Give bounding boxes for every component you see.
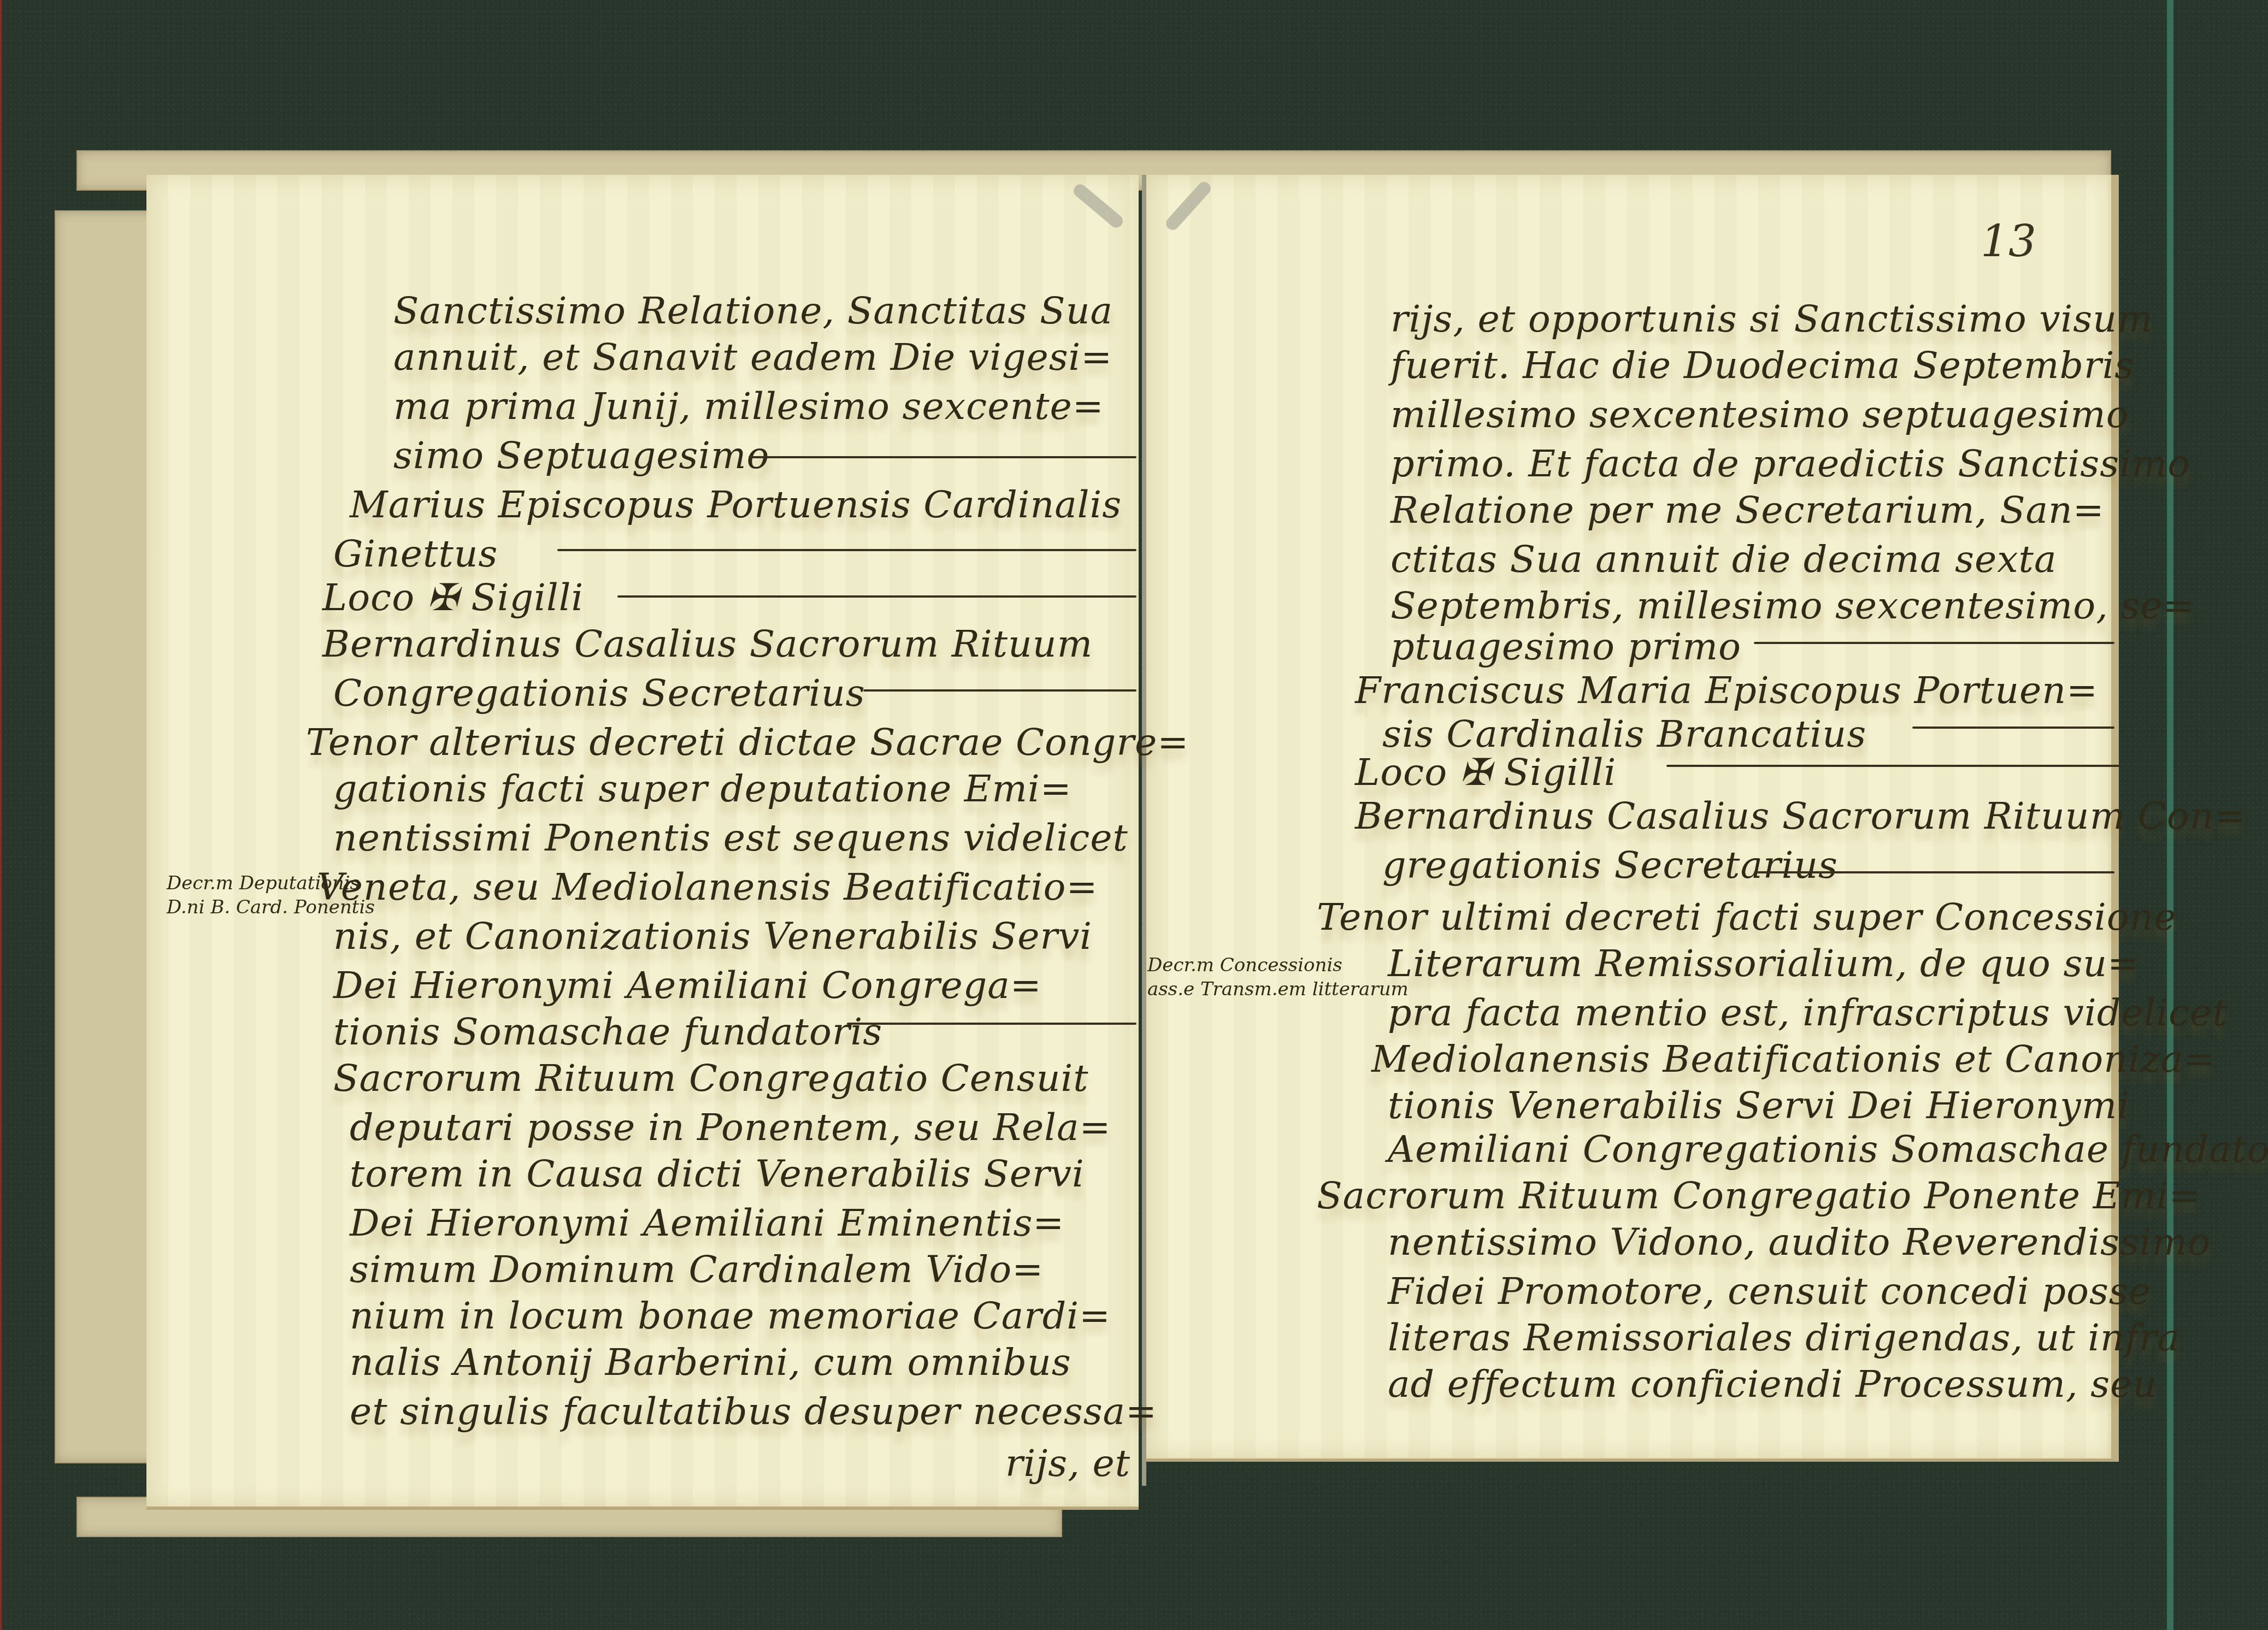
page-gutter (1142, 175, 1146, 1486)
right-rule-3 (1666, 765, 2120, 767)
left-line-24: et singulis facultatibus desuper necessa… (350, 1390, 1157, 1433)
left-line-12: nentissimi Ponentis est sequens videlice… (333, 817, 1128, 860)
left-margin-note: Decr.m Deputationis D.ni B. Card. Ponent… (167, 871, 375, 919)
right-line-6: ctitas Sua annuit die decima sexta (1391, 538, 2057, 581)
folio-number: 13 (1981, 216, 2036, 267)
left-line-19: torem in Causa dicti Venerabilis Servi (350, 1153, 1085, 1196)
left-margin-note-line-2: D.ni B. Card. Ponentis (167, 895, 375, 919)
right-rule-2 (1912, 727, 2114, 729)
right-line-21: nentissimo Vidono, audito Reverendissimo (1388, 1221, 2211, 1264)
right-rule-4 (1754, 871, 2114, 873)
left-line-23: nalis Antonij Barberini, cum omnibus (350, 1341, 1071, 1384)
right-line-15: Literarum Remissorialium, de quo su= (1388, 942, 2139, 985)
left-rule-4 (863, 689, 1136, 692)
right-line-1: rijs, et opportunis si Sanctissimo visum (1391, 298, 2153, 341)
right-line-14: Tenor ultimi decreti facti super Concess… (1317, 896, 2177, 939)
right-line-18: tionis Venerabilis Servi Dei Hieronymi (1388, 1084, 2130, 1127)
right-line-20: Sacrorum Rituum Congregatio Ponente Emi= (1317, 1174, 2201, 1218)
right-margin-note-line-1: Decr.m Concessionis (1147, 953, 1409, 977)
right-line-13: gregationis Secretarius (1382, 844, 1838, 887)
right-line-7: Septembris, millesimo sexcentesimo, se= (1391, 584, 2195, 628)
left-line-4: simo Septuagesimo (393, 434, 770, 477)
right-line-24: ad effectum conficiendi Processum, seu (1388, 1363, 2157, 1406)
left-line-21: simum Dominum Cardinalem Vido= (350, 1248, 1044, 1291)
right-margin-note-line-2: ass.e Transm.em litterarum (1147, 977, 1409, 1001)
right-line-22: Fidei Promotore, censuit concedi posse (1388, 1270, 2151, 1313)
left-line-14: nis, et Canonizationis Venerabilis Servi (333, 915, 1092, 958)
right-rule-1 (1754, 642, 2114, 644)
left-line-7: Loco ✠ Sigilli (322, 576, 584, 619)
right-margin-note: Decr.m Concessionis ass.e Transm.em litt… (1147, 953, 1409, 1001)
left-line-18: deputari posse in Ponentem, seu Rela= (350, 1106, 1111, 1149)
left-line-16: tionis Somaschae fundatoris (333, 1011, 882, 1054)
left-line-1: Sanctissimo Relatione, Sanctitas Sua (393, 290, 1113, 333)
scan-edge (0, 0, 2, 1630)
left-line-3: ma prima Junij, millesimo sexcente= (393, 385, 1104, 428)
right-line-9: Franciscus Maria Episcopus Portuen= (1355, 669, 2098, 712)
left-rule-3 (617, 595, 1136, 598)
right-line-4: primo. Et facta de praedictis Sanctissim… (1391, 442, 2190, 486)
right-line-3: millesimo sexcentesimo septuagesimo (1391, 393, 2129, 436)
left-rule-1 (749, 456, 1136, 458)
left-margin-note-line-1: Decr.m Deputationis (167, 871, 375, 895)
left-line-8: Bernardinus Casalius Sacrorum Rituum (322, 623, 1093, 666)
left-line-15: Dei Hieronymi Aemiliani Congrega= (333, 964, 1042, 1007)
left-line-2: annuit, et Sanavit eadem Die vigesi= (393, 336, 1112, 379)
left-rule-5 (847, 1023, 1136, 1025)
left-line-5: Marius Episcopus Portuensis Cardinalis (350, 483, 1122, 527)
left-line-17: Sacrorum Rituum Congregatio Censuit (333, 1057, 1089, 1100)
right-line-10: sis Cardinalis Brancatius (1382, 713, 1866, 756)
right-line-17: Mediolanensis Beatificationis et Canoniz… (1371, 1038, 2215, 1081)
left-line-20: Dei Hieronymi Aemiliani Eminentis= (350, 1202, 1064, 1245)
right-line-5: Relatione per me Secretarium, San= (1391, 489, 2105, 532)
right-line-2: fuerit. Hac die Duodecima Septembris (1391, 344, 2134, 387)
binding-left-edge (55, 210, 161, 1463)
left-line-13: Veneta, seu Mediolanensis Beatificatio= (317, 866, 1098, 909)
right-line-8: ptuagesimo primo (1391, 625, 1741, 669)
right-line-23: literas Remissoriales dirigendas, ut inf… (1388, 1316, 2180, 1360)
left-catchword: rijs, et (1005, 1442, 1130, 1485)
right-line-12: Bernardinus Casalius Sacrorum Rituum Con… (1355, 795, 2246, 838)
left-rule-2 (557, 549, 1136, 551)
left-line-6: Ginettus (333, 533, 498, 576)
right-line-19: Aemiliani Congregationis Somaschae funda… (1388, 1128, 2268, 1171)
right-line-16: pra facta mentio est, infrascriptus vide… (1388, 991, 2228, 1035)
left-line-11: gationis facti super deputatione Emi= (333, 767, 1072, 811)
left-line-22: nium in locum bonae memoriae Cardi= (350, 1295, 1111, 1338)
left-line-10: Tenor alterius decreti dictae Sacrae Con… (306, 721, 1189, 764)
left-line-9: Congregationis Secretarius (333, 672, 865, 715)
right-line-11: Loco ✠ Sigilli (1355, 751, 1616, 794)
